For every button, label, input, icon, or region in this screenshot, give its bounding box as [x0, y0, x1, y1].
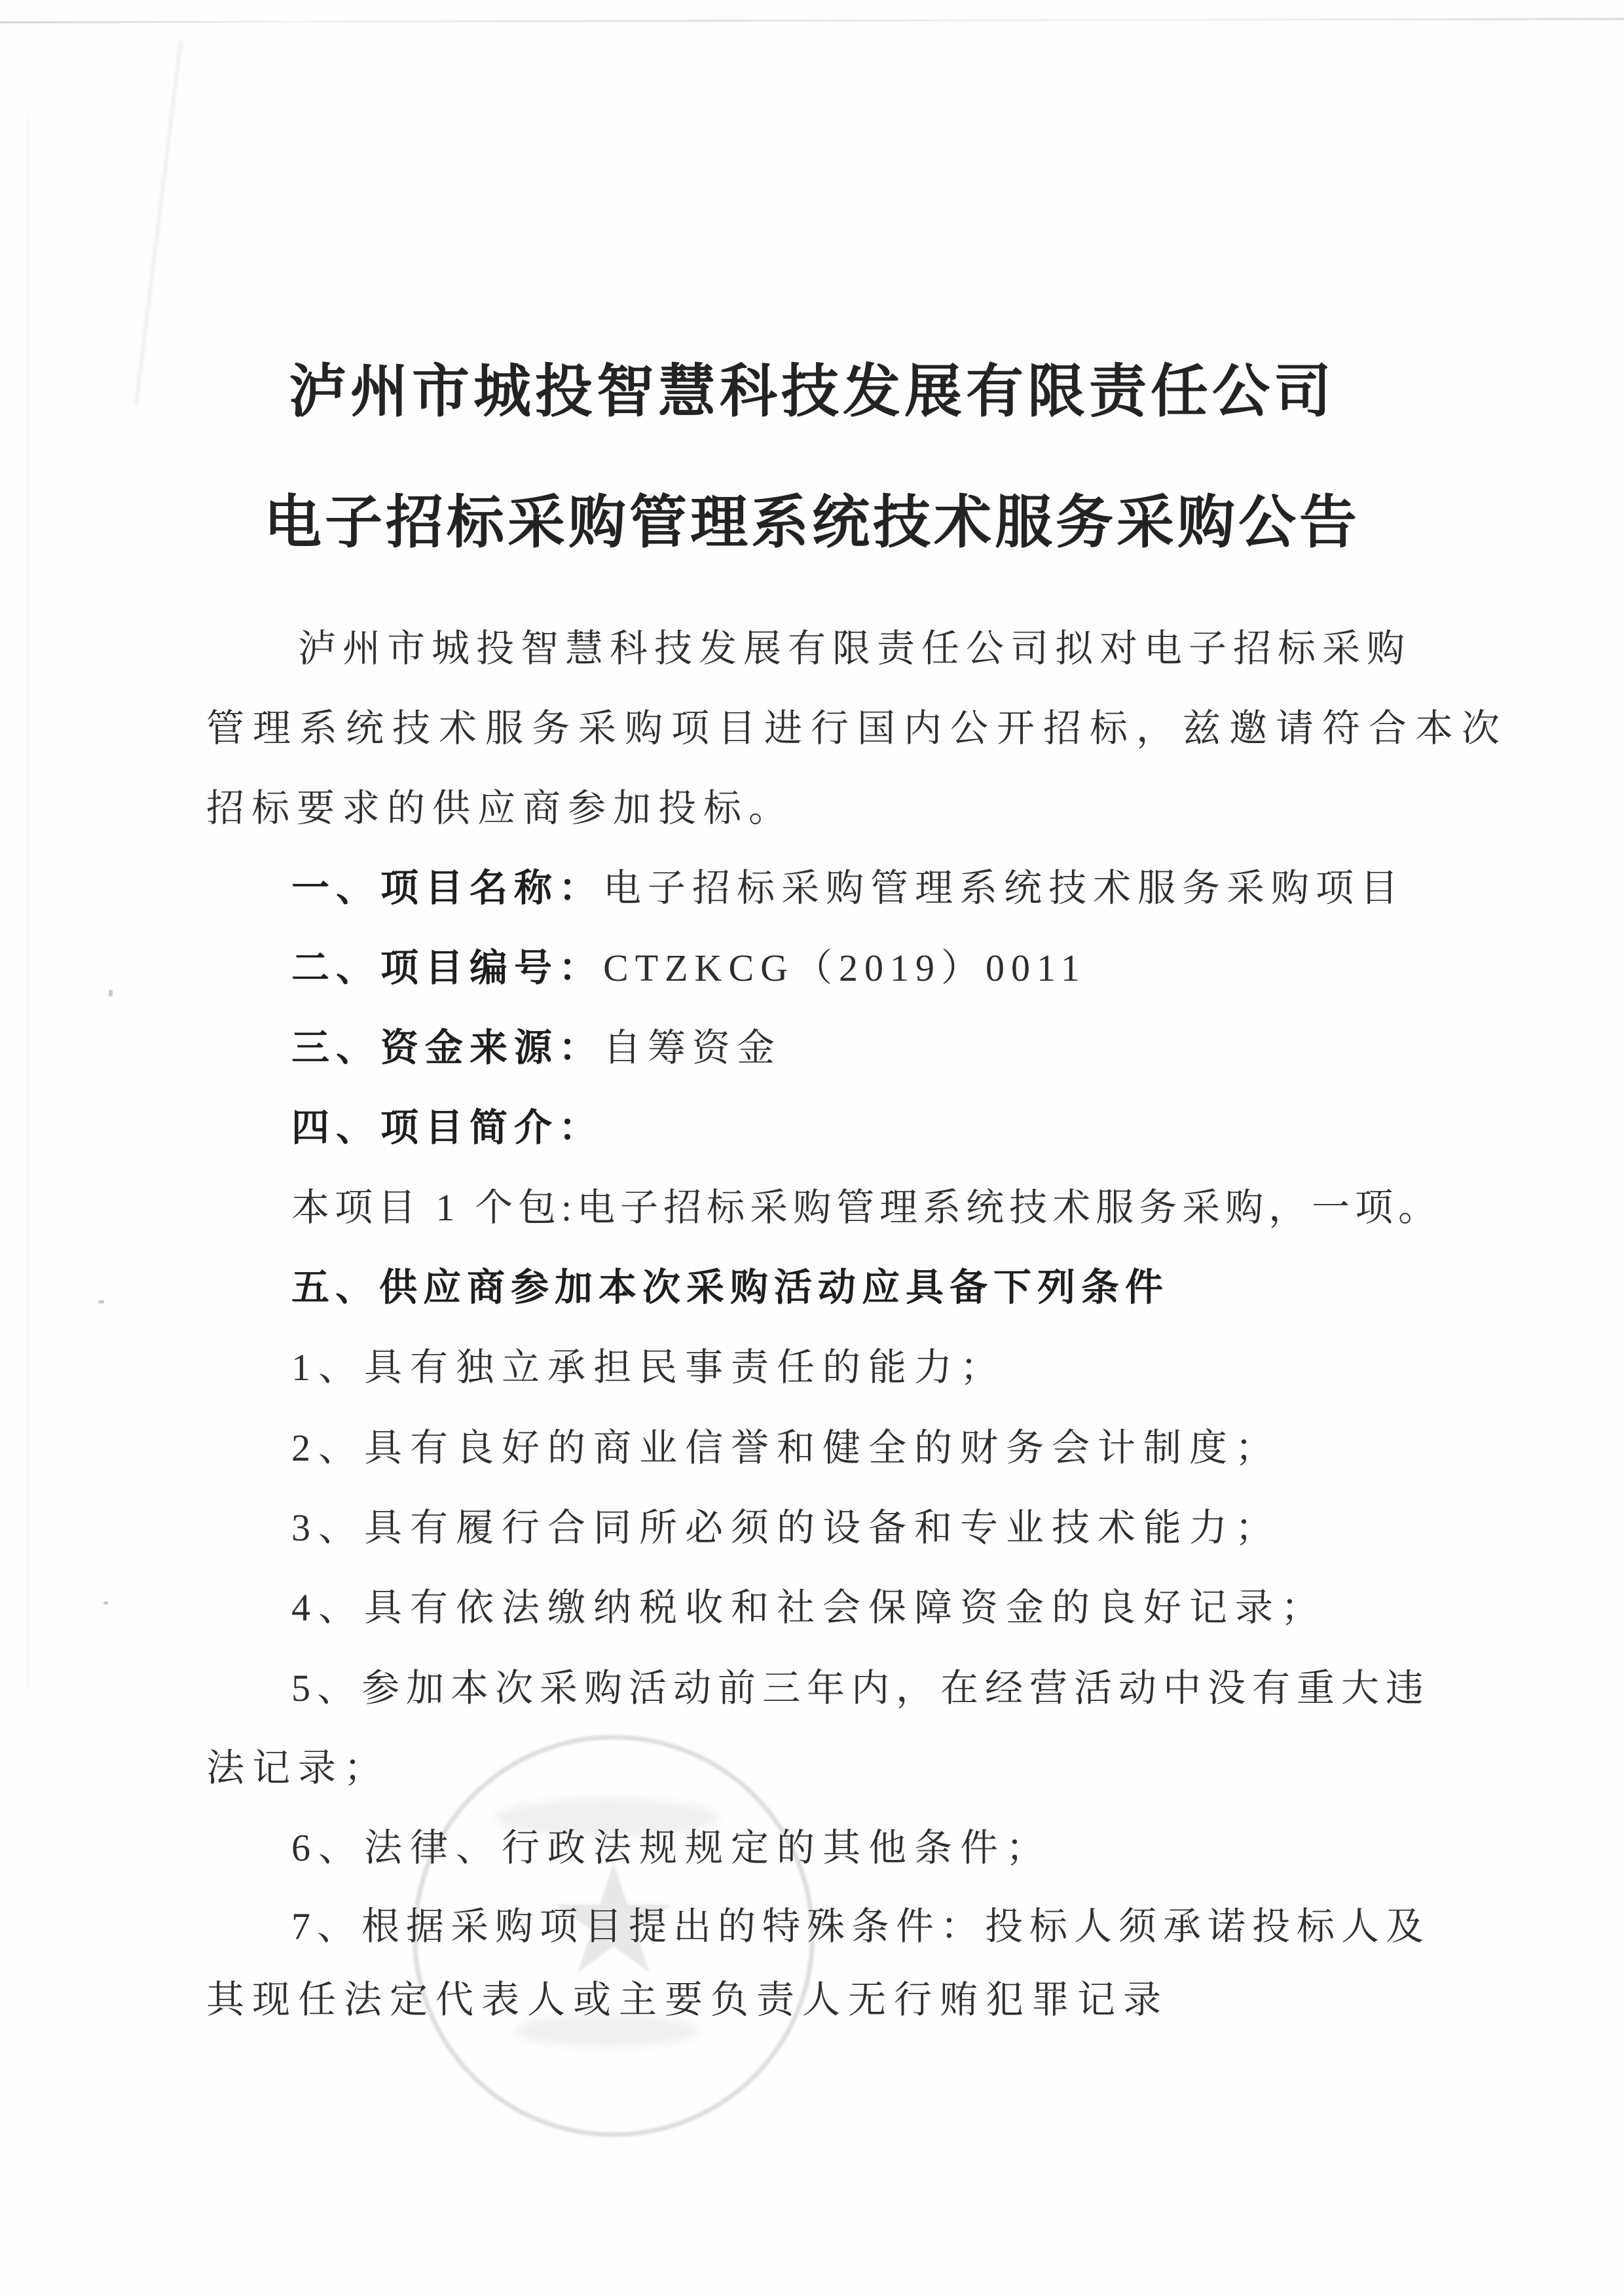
condition-4: 4、具有依法缴纳税收和社会保障资金的良好记录； [291, 1587, 1327, 1630]
intro-line-3: 招标要求的供应商参加投标。 [206, 788, 794, 830]
section-1-value: 电子招标采购管理系统技术服务采购项目 [603, 867, 1405, 909]
condition-5-line-1: 5、参加本次采购活动前三年内，在经营活动中没有重大违 [291, 1667, 1430, 1710]
condition-6: 6、法律、行政法规规定的其他条件； [291, 1827, 1052, 1870]
paper-left-edge-shadow [28, 118, 29, 1689]
section-3-funding-source: 三、资金来源：自筹资金 [291, 1027, 781, 1070]
condition-1: 1、具有独立承担民事责任的能力； [291, 1347, 1006, 1389]
condition-7-line-1: 7、根据采购项目提出的特殊条件：投标人须承诺投标人及 [291, 1906, 1430, 1948]
paper-top-edge-line [0, 18, 1624, 23]
paper-crease-mark [135, 41, 182, 405]
section-4-project-brief: 四、项目简介： [291, 1107, 603, 1150]
scan-speck [109, 990, 113, 996]
section-4-label: 四、项目简介： [291, 1106, 603, 1149]
intro-line-1: 泸州市城投智慧科技发展有限责任公司拟对电子招标采购 [298, 628, 1411, 670]
scan-speck [103, 1601, 108, 1605]
intro-line-2: 管理系统技术服务采购项目进行国内公开招标，兹邀请符合本次 [206, 708, 1508, 750]
section-1-project-name: 一、项目名称：电子招标采购管理系统技术服务采购项目 [291, 867, 1405, 910]
condition-2: 2、具有良好的商业信誉和健全的财务会计制度； [291, 1427, 1281, 1470]
section-4-body: 本项目 1 个包:电子招标采购管理系统技术服务采购，一项。 [291, 1187, 1441, 1230]
section-2-value: CTZKCG（2019）0011 [603, 947, 1086, 989]
condition-5-line-2: 法记录； [206, 1747, 390, 1790]
condition-7-line-2: 其现任法定代表人或主要负责人无行贿犯罪记录 [206, 1979, 1169, 2022]
section-1-label: 一、项目名称： [291, 867, 603, 909]
document-title-line-1: 泸州市城投智慧科技发展有限责任公司 [0, 364, 1624, 422]
section-3-label: 三、资金来源： [291, 1027, 603, 1069]
section-2-label: 二、项目编号： [291, 947, 603, 989]
section-3-value: 自筹资金 [603, 1027, 781, 1069]
document-title-line-2: 电子招标采购管理系统技术服务采购公告 [0, 495, 1624, 553]
section-2-project-number: 二、项目编号：CTZKCG（2019）0011 [291, 947, 1086, 990]
scanned-document-page: ★ 泸州市城投智慧科技发展有限责任公司 电子招标采购管理系统技术服务采购公告 泸… [0, 0, 1624, 2296]
scan-speck [98, 1300, 104, 1303]
section-5-heading: 五、供应商参加本次采购活动应具备下列条件 [291, 1267, 1169, 1309]
condition-3: 3、具有履行合同所必须的设备和专业技术能力； [291, 1507, 1281, 1550]
